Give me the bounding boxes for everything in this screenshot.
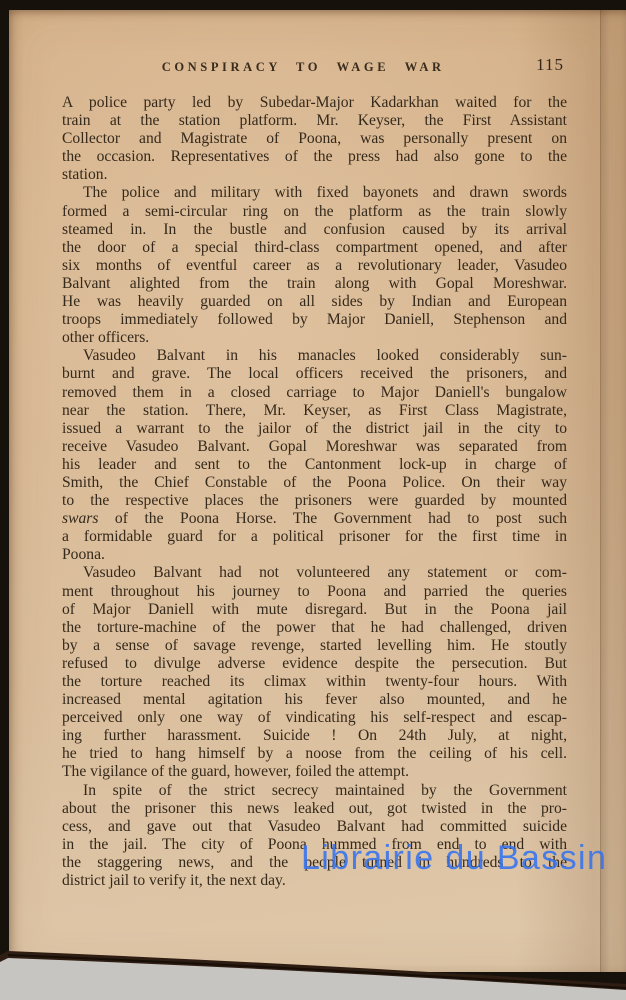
text-line: burnt and grave. The local officers rece… — [62, 365, 567, 383]
text-line: steamed in. In the bustle and confusion … — [62, 221, 567, 239]
text-line: the occasion. Representatives of the pre… — [62, 148, 567, 166]
running-title: CONSPIRACY TO WAGE WAR — [162, 60, 445, 75]
text-line: issued a warrant to the jailor of the di… — [62, 420, 567, 438]
text-line: the door of a special third-class compar… — [62, 239, 567, 257]
text-line: increased mental agitation his fever als… — [62, 691, 567, 709]
text-line: of Major Daniell with mute disregard. Bu… — [62, 601, 567, 619]
page-content: CONSPIRACY TO WAGE WAR 115 A police part… — [62, 53, 567, 890]
text-line: troops immediately followed by Major Dan… — [62, 311, 567, 329]
text-line: about the prisoner this news leaked out,… — [62, 800, 567, 818]
book-bottom-edge — [0, 938, 626, 1000]
text-line: ing further harassment. Suicide ! On 24t… — [62, 727, 567, 745]
text-line: formed a semi-circular ring on the platf… — [62, 203, 567, 221]
page-right-edge — [600, 10, 626, 972]
text-line: train at the station platform. Mr. Keyse… — [62, 112, 567, 130]
book-page: CONSPIRACY TO WAGE WAR 115 A police part… — [9, 10, 626, 972]
text-line: He was heavily guarded on all sides by I… — [62, 293, 567, 311]
text-line: In spite of the strict secrecy maintaine… — [62, 782, 567, 800]
text-line: by a sense of savage revenge, started le… — [62, 637, 567, 655]
book-photo: CONSPIRACY TO WAGE WAR 115 A police part… — [0, 0, 626, 1000]
text-line: his leader and sent to the Cantonment lo… — [62, 456, 567, 474]
text-line: Collector and Magistrate of Poona, was p… — [62, 130, 567, 148]
text-line: Vasudeo Balvant in his manacles looked c… — [62, 347, 567, 365]
text-line: district jail to verify it, the next day… — [62, 872, 567, 890]
text-line: Vasudeo Balvant had not volunteered any … — [62, 564, 567, 582]
text-line: A police party led by Subedar-Major Kada… — [62, 94, 567, 112]
text-line: in the jail. The city of Poona hummed fr… — [62, 836, 567, 854]
page-header: CONSPIRACY TO WAGE WAR 115 — [62, 53, 567, 83]
text-line: Balvant alighted from the train along wi… — [62, 275, 567, 293]
text-line: other officers. — [62, 329, 567, 347]
paragraph: The police and military with fixed bayon… — [62, 184, 567, 347]
text-line: six months of eventful career as a revol… — [62, 257, 567, 275]
text-line: cess, and gave out that Vasudeo Balvant … — [62, 818, 567, 836]
text-line: perceived only one way of vindicating hi… — [62, 709, 567, 727]
text-line: removed them in a closed carriage to Maj… — [62, 384, 567, 402]
text-line: receive Vasudeo Balvant. Gopal Moreshwar… — [62, 438, 567, 456]
text-line: the torture-machine of the power that he… — [62, 619, 567, 637]
page-number: 115 — [536, 55, 564, 75]
text-line: a formidable guard for a political priso… — [62, 528, 567, 546]
text-line: refused to divulge adverse evidence desp… — [62, 655, 567, 673]
text-line: Smith, the Chief Constable of the Poona … — [62, 474, 567, 492]
text-line: he tried to hang himself by a noose from… — [62, 745, 567, 763]
text-line: Poona. — [62, 546, 567, 564]
text-line: ment throughout his journey to Poona and… — [62, 583, 567, 601]
text-line: near the station. There, Mr. Keyser, as … — [62, 402, 567, 420]
paragraph: In spite of the strict secrecy maintaine… — [62, 782, 567, 891]
page-body: A police party led by Subedar-Major Kada… — [62, 94, 567, 890]
text-line: to the respective places the prisoners w… — [62, 492, 567, 510]
paragraph: Vasudeo Balvant had not volunteered any … — [62, 564, 567, 781]
text-line: The police and military with fixed bayon… — [62, 184, 567, 202]
paragraph: Vasudeo Balvant in his manacles looked c… — [62, 347, 567, 564]
text-line: the staggering news, and the people turn… — [62, 854, 567, 872]
text-line: swars of the Poona Horse. The Government… — [62, 510, 567, 528]
paragraph: A police party led by Subedar-Major Kada… — [62, 94, 567, 184]
text-line: the torture reached its climax within tw… — [62, 673, 567, 691]
text-line: The vigilance of the guard, however, foi… — [62, 763, 567, 781]
text-line: station. — [62, 166, 567, 184]
